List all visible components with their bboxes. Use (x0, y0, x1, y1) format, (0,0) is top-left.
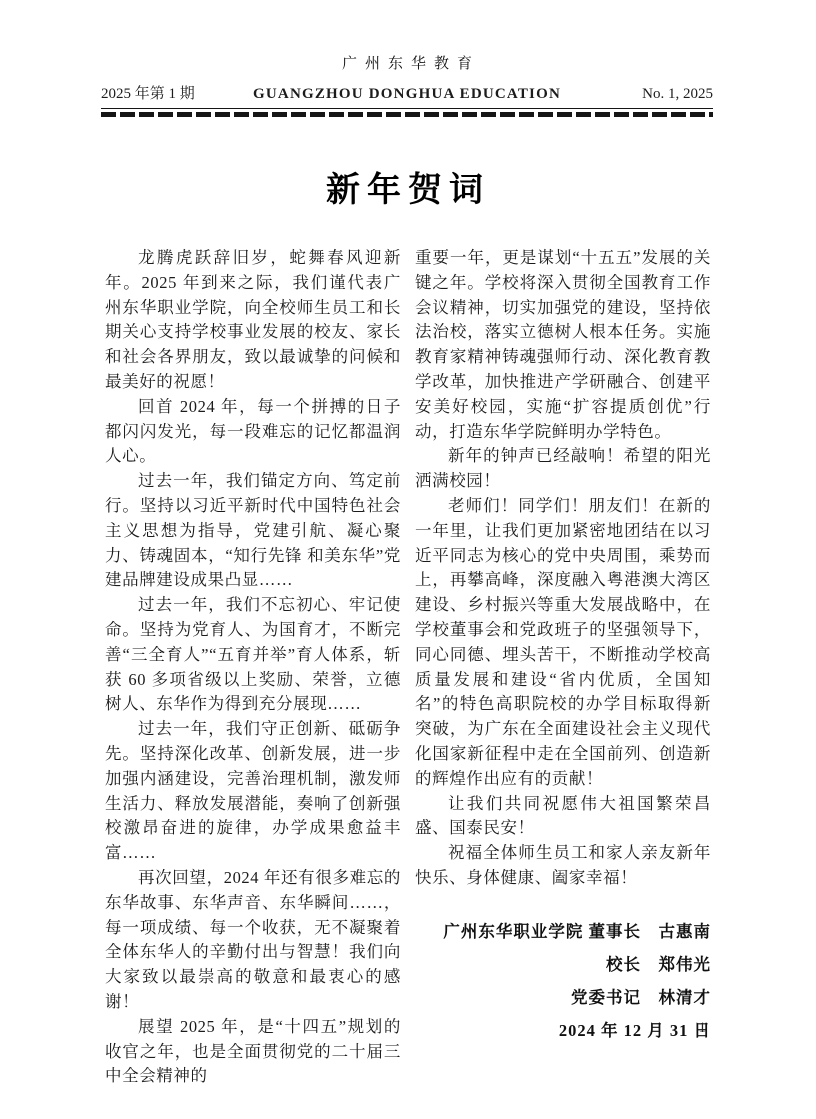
signature-line-party-secretary: 党委书记 林清才 (415, 981, 711, 1014)
right-column: 重要一年，更是谋划“十五五”发展的关键之年。学校将深入贯彻全国教育工作会议精神，… (415, 246, 711, 1089)
issue-number-right: No. 1, 2025 (561, 86, 713, 103)
signature-block: 广州东华职业学院 董事长 古惠南 校长 郑伟光 党委书记 林清才 2024 年 … (415, 915, 711, 1047)
paragraph: 祝福全体师生员工和家人亲友新年快乐、身体健康、阖家幸福！ (415, 841, 711, 891)
header-rule-thick-dashed (101, 112, 713, 117)
left-column: 龙腾虎跃辞旧岁，蛇舞春风迎新年。2025 年到来之际，我们谨代表广州东华职业学院… (105, 246, 401, 1089)
paragraph: 展望 2025 年，是“十四五”规划的收官之年，也是全面贯彻党的二十届三中全会精… (105, 1015, 401, 1089)
page-number: 1 (699, 1020, 707, 1037)
masthead-english: GUANGZHOU DONGHUA EDUCATION (253, 86, 561, 103)
signature-date: 2024 年 12 月 31 日 (415, 1014, 711, 1047)
paragraph-continuation: 重要一年，更是谋划“十五五”发展的关键之年。学校将深入贯彻全国教育工作会议精神，… (415, 246, 711, 444)
paragraph: 龙腾虎跃辞旧岁，蛇舞春风迎新年。2025 年到来之际，我们谨代表广州东华职业学院… (105, 246, 401, 395)
newsletter-page: 广州东华教育 2025 年第 1 期 GUANGZHOU DONGHUA EDU… (0, 0, 816, 1119)
paragraph: 老师们！同学们！朋友们！在新的一年里，让我们更加紧密地团结在以习近平同志为核心的… (415, 494, 711, 792)
paragraph: 回首 2024 年，每一个拼搏的日子都闪闪发光，每一段难忘的记忆都温润人心。 (105, 395, 401, 469)
signature-line-president: 校长 郑伟光 (415, 948, 711, 981)
paragraph: 过去一年，我们锚定方向、笃定前行。坚持以习近平新时代中国特色社会主义思想为指导，… (105, 469, 401, 593)
paragraph: 新年的钟声已经敲响！希望的阳光洒满校园！ (415, 444, 711, 494)
masthead-chinese: 广州东华教育 (101, 52, 713, 73)
article-body: 龙腾虎跃辞旧岁，蛇舞春风迎新年。2025 年到来之际，我们谨代表广州东华职业学院… (105, 246, 711, 1089)
issue-number-left: 2025 年第 1 期 (101, 82, 253, 103)
signature-line-chairman: 广州东华职业学院 董事长 古惠南 (415, 915, 711, 948)
paragraph: 过去一年，我们不忘初心、牢记使命。坚持为党育人、为国育才，不断完善“三全育人”“… (105, 593, 401, 717)
paragraph: 让我们共同祝愿伟大祖国繁荣昌盛、国泰民安！ (415, 792, 711, 842)
paragraph: 过去一年，我们守正创新、砥砺争先。坚持深化改革、创新发展，进一步加强内涵建设，完… (105, 717, 401, 866)
header-rule-thin (101, 108, 713, 109)
page-header: 广州东华教育 2025 年第 1 期 GUANGZHOU DONGHUA EDU… (101, 52, 713, 117)
article-title: 新年贺词 (0, 162, 816, 211)
header-issue-row: 2025 年第 1 期 GUANGZHOU DONGHUA EDUCATION … (101, 82, 713, 103)
paragraph: 再次回望，2024 年还有很多难忘的东华故事、东华声音、东华瞬间……，每一项成绩… (105, 866, 401, 1015)
